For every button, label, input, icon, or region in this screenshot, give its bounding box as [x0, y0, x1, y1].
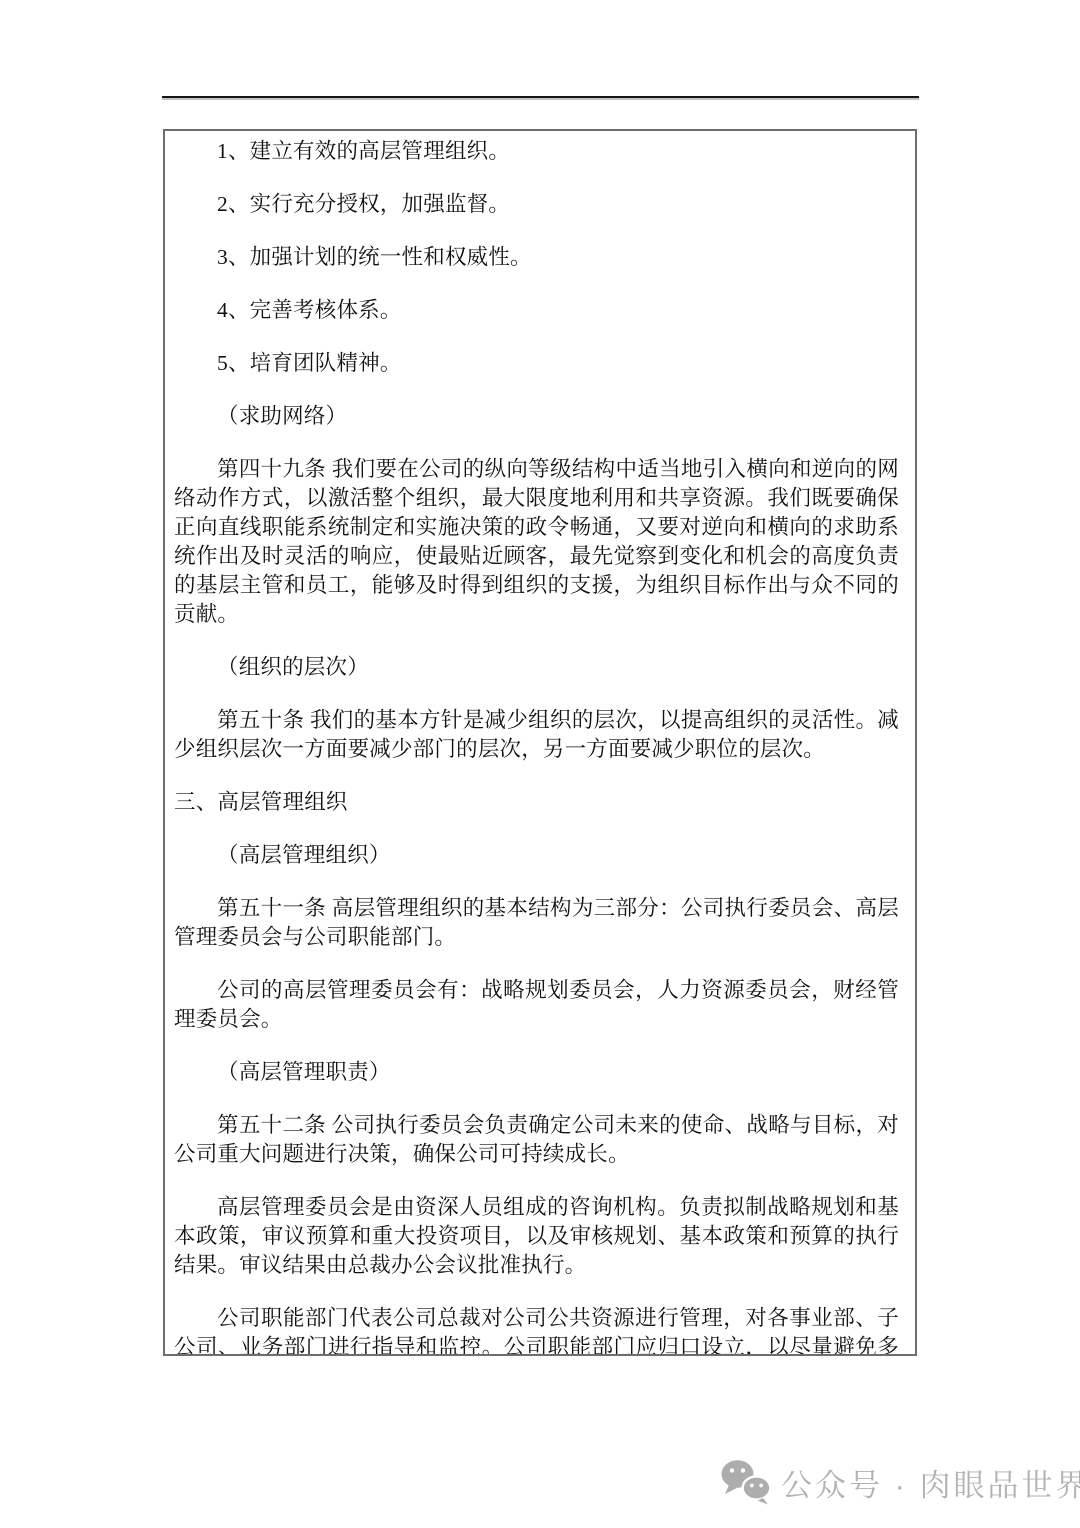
- wechat-icon: [720, 1459, 772, 1505]
- list-item-1: 1、建立有效的高层管理组织。: [174, 137, 899, 166]
- article-49: 第四十九条 我们要在公司的纵向等级结构中适当地引入横向和逆向的网络动作方式，以激…: [174, 455, 899, 629]
- watermark: 公众号 · 肉眼品世界: [720, 1456, 1080, 1508]
- para-committees: 公司的高层管理委员会有：战略规划委员会，人力资源委员会，财经管理委员会。: [174, 976, 899, 1034]
- document-text-frame: 1、建立有效的高层管理组织。 2、实行充分授权，加强监督。 3、加强计划的统一性…: [163, 129, 917, 1356]
- note-top-management-org: （高层管理组织）: [174, 841, 899, 870]
- article-52: 第五十二条 公司执行委员会负责确定公司未来的使命、战略与目标，对公司重大问题进行…: [174, 1111, 899, 1169]
- list-item-2: 2、实行充分授权，加强监督。: [174, 190, 899, 219]
- header-divider-line: [162, 96, 919, 98]
- list-item-4: 4、完善考核体系。: [174, 296, 899, 325]
- article-51: 第五十一条 高层管理组织的基本结构为三部分：公司执行委员会、高层管理委员会与公司…: [174, 894, 899, 952]
- document-page: 1、建立有效的高层管理组织。 2、实行充分授权，加强监督。 3、加强计划的统一性…: [0, 0, 1080, 1528]
- watermark-label: 公众号 · 肉眼品世界: [781, 1460, 1080, 1505]
- para-advisory-committee: 高层管理委员会是由资深人员组成的咨询机构。负责拟制战略规划和基本政策，审议预算和…: [174, 1193, 899, 1280]
- list-item-3: 3、加强计划的统一性和权威性。: [174, 243, 899, 272]
- list-item-5: 5、培育团队精神。: [174, 349, 899, 378]
- note-org-levels: （组织的层次）: [174, 653, 899, 682]
- note-help-network: （求助网络）: [174, 402, 899, 431]
- note-top-management-duties: （高层管理职责）: [174, 1058, 899, 1087]
- article-50: 第五十条 我们的基本方针是减少组织的层次，以提高组织的灵活性。减少组织层次一方面…: [174, 706, 899, 764]
- para-functional-departments: 公司职能部门代表公司总裁对公司公共资源进行管理，对各事业部、子公司、业务部门进行…: [174, 1304, 899, 1356]
- section-heading-top-management: 三、高层管理组织: [174, 788, 899, 817]
